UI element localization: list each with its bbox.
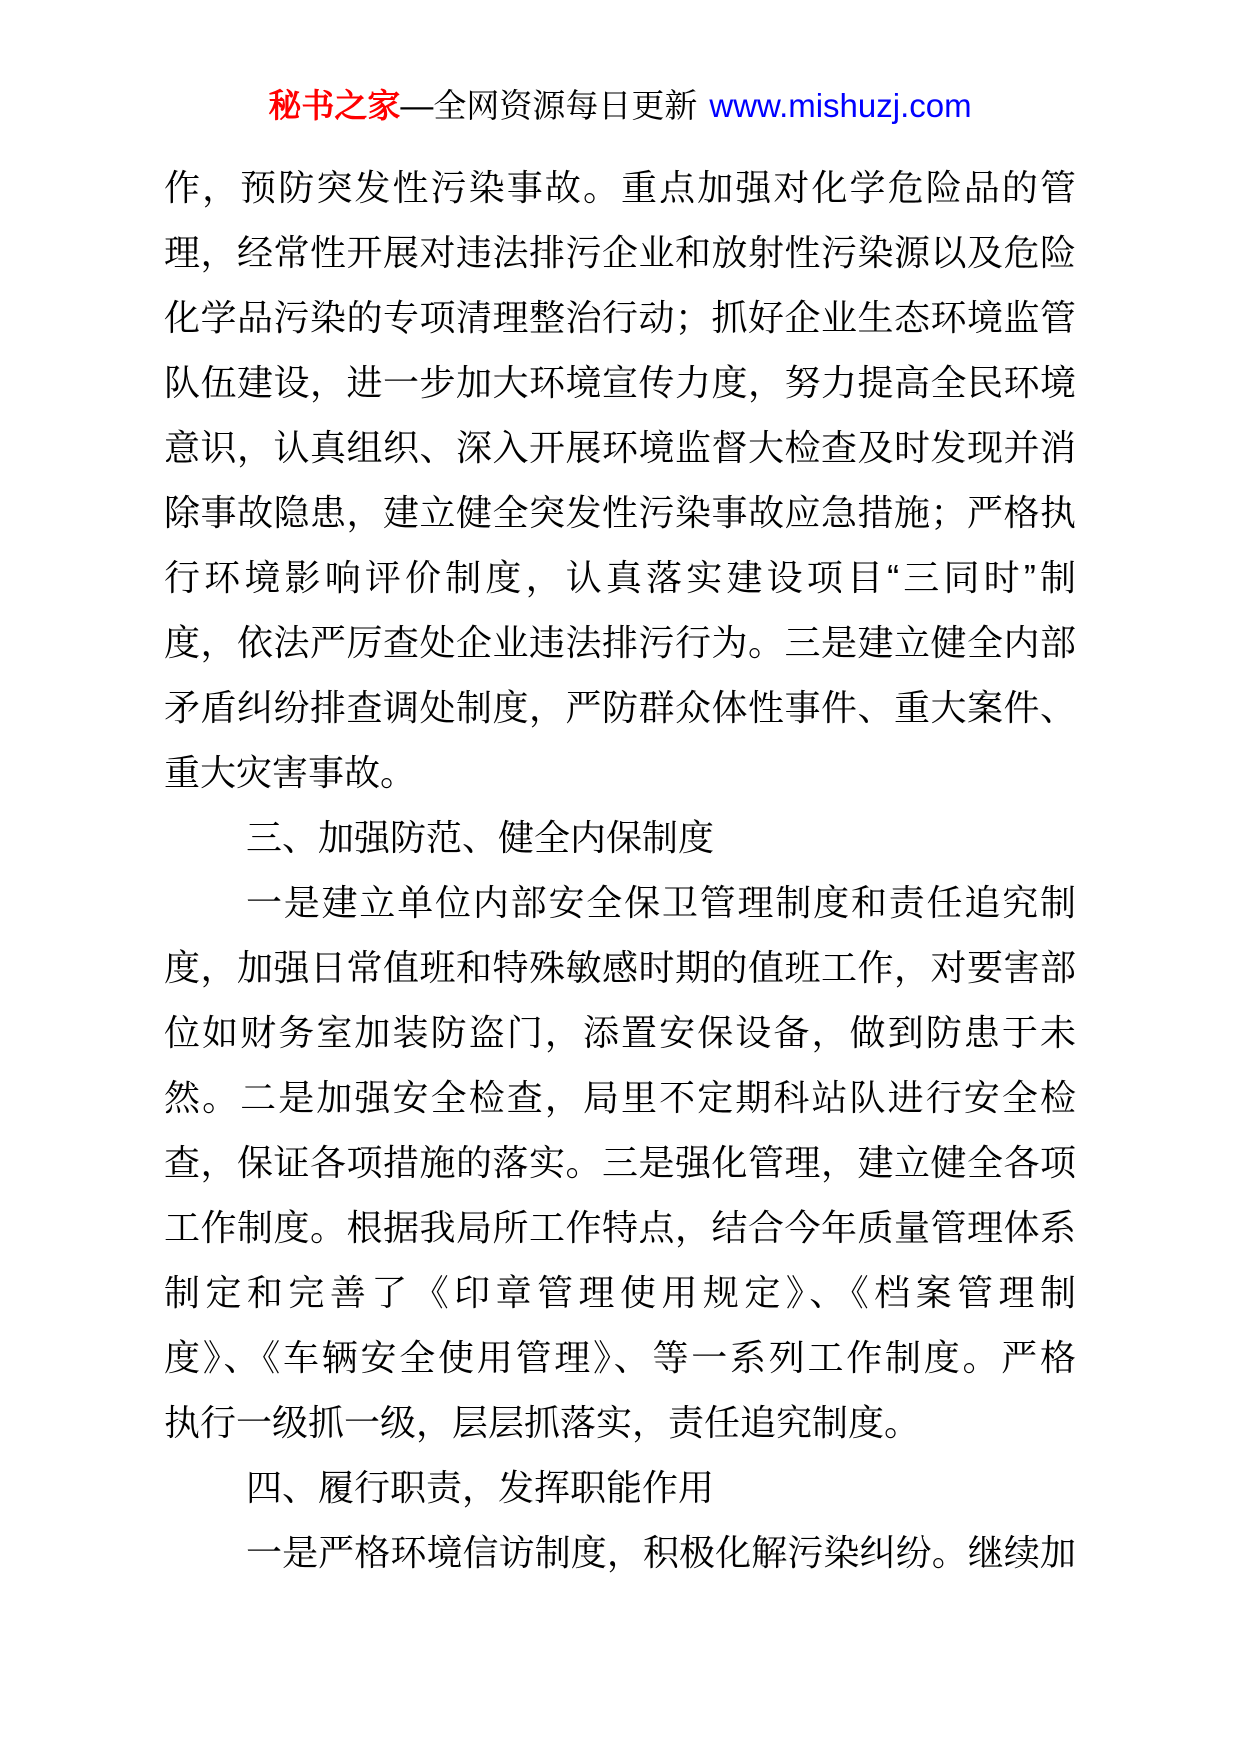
text-line: 然。二是加强安全检查，局里不定期科站队进行安全检 [164,1065,1076,1130]
site-brand: 秘书之家 [268,87,400,124]
text-line: 作，预防突发性污染事故。重点加强对化学危险品的管 [164,155,1076,220]
site-url-link[interactable]: www.mishuzj.com [709,87,971,124]
text-line: 一是建立单位内部安全保卫管理制度和责任追究制 [164,870,1076,935]
text-line: 度，依法严厉查处企业违法排污行为。三是建立健全内部 [164,610,1076,675]
section-heading: 三、加强防范、健全内保制度 [164,805,1076,870]
text-line: 队伍建设，进一步加大环境宣传力度，努力提高全民环境 [164,350,1076,415]
site-tagline: —全网资源每日更新 [400,87,697,124]
text-line: 度》、《车辆安全使用管理》、等一系列工作制度。严格 [164,1325,1076,1390]
text-line: 制定和完善了《印章管理使用规定》、《档案管理制 [164,1260,1076,1325]
text-line: 意识，认真组织、深入开展环境监督大检查及时发现并消 [164,415,1076,480]
text-line: 一是严格环境信访制度，积极化解污染纠纷。继续加 [164,1520,1076,1585]
site-header: 秘书之家—全网资源每日更新www.mishuzj.com [0,0,1240,130]
document-page: 秘书之家—全网资源每日更新www.mishuzj.com 作，预防突发性污染事故… [0,0,1240,1754]
section-heading: 四、履行职责，发挥职能作用 [164,1455,1076,1520]
text-line: 工作制度。根据我局所工作特点，结合今年质量管理体系 [164,1195,1076,1260]
text-line: 执行一级抓一级，层层抓落实，责任追究制度。 [164,1390,1076,1455]
text-line: 行环境影响评价制度，认真落实建设项目“三同时”制 [164,545,1076,610]
text-line: 除事故隐患，建立健全突发性污染事故应急措施；严格执 [164,480,1076,545]
text-line: 查，保证各项措施的落实。三是强化管理，建立健全各项 [164,1130,1076,1195]
text-line: 度，加强日常值班和特殊敏感时期的值班工作，对要害部 [164,935,1076,1000]
text-line: 位如财务室加装防盗门，添置安保设备，做到防患于未 [164,1000,1076,1065]
document-body: 作，预防突发性污染事故。重点加强对化学危险品的管理，经常性开展对违法排污企业和放… [164,155,1076,1585]
text-line: 化学品污染的专项清理整治行动；抓好企业生态环境监管 [164,285,1076,350]
text-line: 理，经常性开展对违法排污企业和放射性污染源以及危险 [164,220,1076,285]
text-line: 重大灾害事故。 [164,740,1076,805]
text-line: 矛盾纠纷排查调处制度，严防群众体性事件、重大案件、 [164,675,1076,740]
